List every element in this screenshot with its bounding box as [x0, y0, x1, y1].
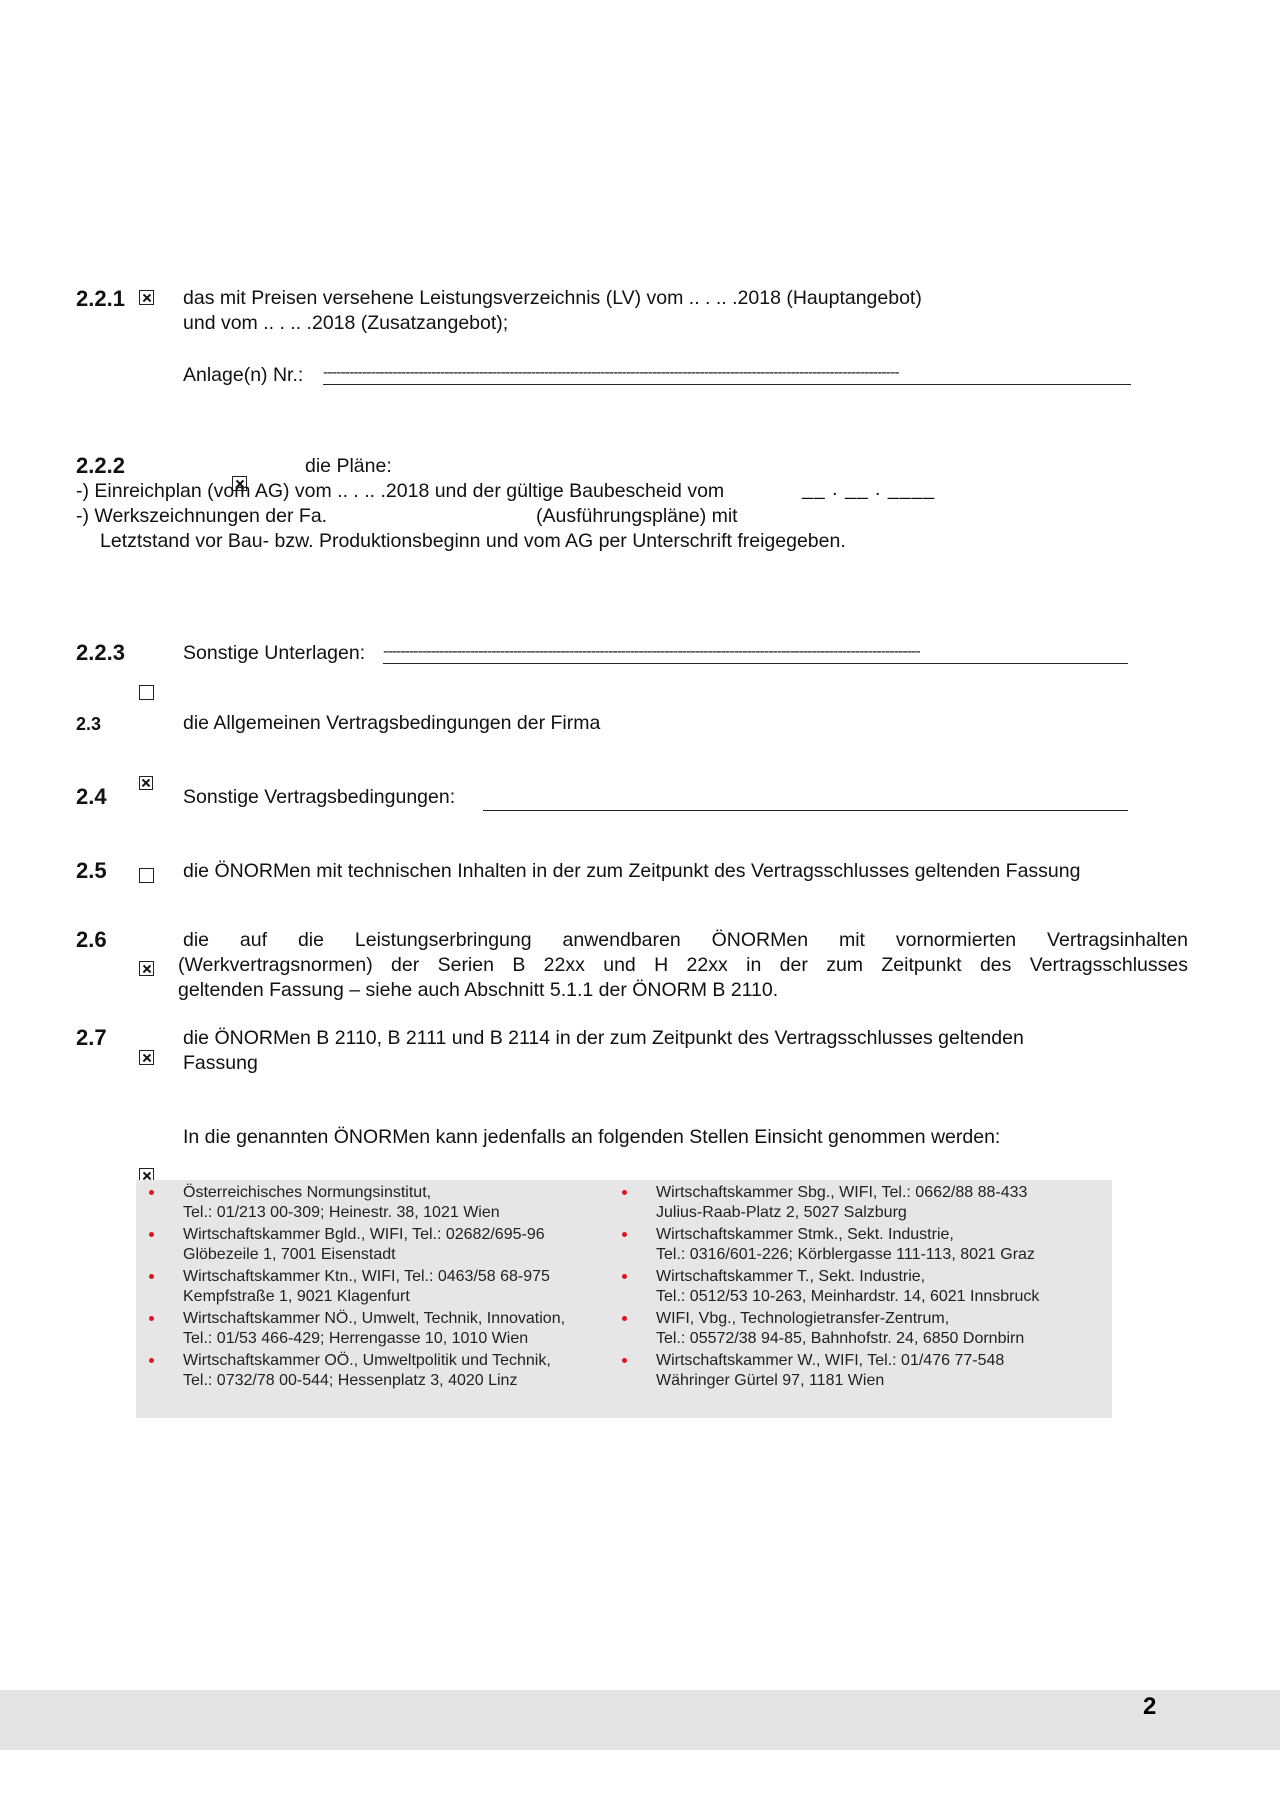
section-number: 2.4: [76, 784, 107, 810]
location-name: Wirtschaftskammer W., WIFI, Tel.: 01/476…: [656, 1351, 1106, 1371]
bullet-icon: [149, 1232, 154, 1237]
attachment-field[interactable]: ----------------------------------------…: [323, 364, 1131, 385]
checkbox-2-4[interactable]: [139, 868, 154, 883]
other-terms-label: Sonstige Vertragsbedingungen:: [183, 785, 455, 810]
location-address: Kempfstraße 1, 9021 Klagenfurt: [183, 1287, 613, 1307]
text-line: (Werkvertragsnormen) der Serien B 22xx u…: [178, 953, 1188, 978]
oenorm-b2110-line-2: Fassung: [183, 1051, 258, 1076]
location-name: Wirtschaftskammer NÖ., Umwelt, Technik, …: [183, 1309, 613, 1329]
info-intro: In die genannten ÖNORMen kann jedenfalls…: [183, 1125, 1000, 1150]
text-line: die auf die Leistungserbringung anwendba…: [178, 928, 1188, 953]
avb-text: die Allgemeinen Vertragsbedingungen der …: [183, 711, 600, 736]
bullet-icon: [622, 1190, 627, 1195]
plans-line-1: -) Einreichplan (vom AG) vom .. . .. .20…: [76, 479, 724, 504]
bullet-icon: [622, 1274, 627, 1279]
plans-line-2b: (Ausführungspläne) mit: [536, 504, 738, 529]
location-entry: Österreichisches Normungsinstitut,Tel.: …: [183, 1183, 613, 1222]
other-terms-field[interactable]: [483, 790, 1128, 811]
location-entry: Wirtschaftskammer Stmk., Sekt. Industrie…: [656, 1225, 1106, 1264]
page-number: 2: [1143, 1693, 1156, 1721]
location-name: Wirtschaftskammer Ktn., WIFI, Tel.: 0463…: [183, 1267, 613, 1287]
bullet-icon: [149, 1316, 154, 1321]
section-number: 2.7: [76, 1025, 107, 1051]
other-docs-field[interactable]: ----------------------------------------…: [383, 643, 1128, 664]
bullet-icon: [149, 1358, 154, 1363]
oenorm-b2110-line-1: die ÖNORMen B 2110, B 2111 und B 2114 in…: [183, 1026, 1024, 1051]
location-entry: Wirtschaftskammer Ktn., WIFI, Tel.: 0463…: [183, 1267, 613, 1306]
section-2-2-2: 2.2.2 die Pläne: -) Einreichplan (vom AG…: [0, 20, 1280, 40]
section-number: 2.5: [76, 858, 107, 884]
location-address: Tel.: 0512/53 10-263, Meinhardstr. 14, 6…: [656, 1287, 1106, 1307]
bullet-icon: [622, 1358, 627, 1363]
section-number: 2.6: [76, 927, 107, 953]
section-number: 2.2.3: [76, 640, 125, 666]
location-entry: Wirtschaftskammer Bgld., WIFI, Tel.: 026…: [183, 1225, 613, 1264]
location-name: Österreichisches Normungsinstitut,: [183, 1183, 613, 1203]
checkbox-2-3[interactable]: [139, 776, 153, 790]
checkbox-2-5[interactable]: [139, 961, 154, 976]
location-address: Tel.: 01/53 466-429; Herrengasse 10, 101…: [183, 1329, 613, 1349]
section-number: 2.2.2: [76, 453, 125, 479]
locations-left-column: Österreichisches Normungsinstitut,Tel.: …: [183, 1183, 613, 1393]
location-entry: Wirtschaftskammer OÖ., Umweltpolitik und…: [183, 1351, 613, 1390]
location-entry: Wirtschaftskammer NÖ., Umwelt, Technik, …: [183, 1309, 613, 1348]
plans-title: die Pläne:: [305, 454, 392, 479]
location-entry: Wirtschaftskammer Sbg., WIFI, Tel.: 0662…: [656, 1183, 1106, 1222]
date-blank[interactable]: __ . __ . ____: [802, 477, 935, 502]
lv-line-1: das mit Preisen versehene Leistungsverze…: [183, 286, 922, 311]
section-2-5: 2.5 die ÖNORMen mit technischen Inhalten…: [0, 99, 1280, 119]
plans-line-3: Letztstand vor Bau- bzw. Produktionsbegi…: [100, 529, 846, 554]
plans-line-2a: -) Werkszeichnungen der Fa.: [76, 504, 327, 529]
location-address: Tel.: 0316/601-226; Körblergasse 111-113…: [656, 1245, 1106, 1265]
footer-bar: [0, 1690, 1280, 1750]
other-docs-label: Sonstige Unterlagen:: [183, 641, 365, 666]
location-name: Wirtschaftskammer Sbg., WIFI, Tel.: 0662…: [656, 1183, 1106, 1203]
oenorm-locations-box: Österreichisches Normungsinstitut,Tel.: …: [136, 1180, 1112, 1418]
location-name: Wirtschaftskammer OÖ., Umweltpolitik und…: [183, 1351, 613, 1371]
oenorm-contract-text: die auf die Leistungserbringung anwendba…: [178, 928, 1188, 1003]
bullet-icon: [149, 1190, 154, 1195]
location-address: Julius-Raab-Platz 2, 5027 Salzburg: [656, 1203, 1106, 1223]
section-2-4: 2.4 Sonstige Vertragsbedingungen:: [0, 79, 1280, 99]
checkbox-2-2-1[interactable]: [139, 290, 154, 305]
location-address: Tel.: 05572/38 94-85, Bahnhofstr. 24, 68…: [656, 1329, 1106, 1349]
location-address: Tel.: 0732/78 00-544; Hessenplatz 3, 402…: [183, 1371, 613, 1391]
section-2-6: 2.6 die auf die Leistungserbringung anwe…: [0, 119, 1280, 139]
location-address: Tel.: 01/213 00-309; Heinestr. 38, 1021 …: [183, 1203, 613, 1223]
attachment-label: Anlage(n) Nr.:: [183, 363, 303, 388]
location-entry: Wirtschaftskammer W., WIFI, Tel.: 01/476…: [656, 1351, 1106, 1390]
location-name: Wirtschaftskammer Bgld., WIFI, Tel.: 026…: [183, 1225, 613, 1245]
lv-line-2: und vom .. . .. .2018 (Zusatzangebot);: [183, 311, 508, 336]
location-name: Wirtschaftskammer T., Sekt. Industrie,: [656, 1267, 1106, 1287]
oenorm-technical-text: die ÖNORMen mit technischen Inhalten in …: [183, 859, 1080, 884]
location-entry: Wirtschaftskammer T., Sekt. Industrie,Te…: [656, 1267, 1106, 1306]
location-entry: WIFI, Vbg., Technologietransfer-Zentrum,…: [656, 1309, 1106, 1348]
section-2-3: 2.3 die Allgemeinen Vertragsbedingungen …: [0, 60, 1280, 79]
location-address: Währinger Gürtel 97, 1181 Wien: [656, 1371, 1106, 1391]
bullet-icon: [622, 1232, 627, 1237]
section-number: 2.2.1: [76, 286, 125, 312]
section-2-2-3: 2.2.3 Sonstige Unterlagen: -------------…: [0, 40, 1280, 60]
text-line: geltenden Fassung – siehe auch Abschnitt…: [178, 978, 1188, 1003]
bullet-icon: [149, 1274, 154, 1279]
section-2-2-1: 2.2.1 das mit Preisen versehene Leistung…: [0, 0, 1280, 20]
checkbox-2-2-3[interactable]: [139, 685, 154, 700]
section-number: 2.3: [76, 714, 101, 735]
bullet-icon: [622, 1316, 627, 1321]
section-2-7: 2.7 die ÖNORMen B 2110, B 2111 und B 211…: [0, 139, 1280, 159]
location-name: Wirtschaftskammer Stmk., Sekt. Industrie…: [656, 1225, 1106, 1245]
locations-right-column: Wirtschaftskammer Sbg., WIFI, Tel.: 0662…: [656, 1183, 1106, 1393]
location-name: WIFI, Vbg., Technologietransfer-Zentrum,: [656, 1309, 1106, 1329]
checkbox-2-6[interactable]: [139, 1050, 154, 1065]
location-address: Glöbezeile 1, 7001 Eisenstadt: [183, 1245, 613, 1265]
